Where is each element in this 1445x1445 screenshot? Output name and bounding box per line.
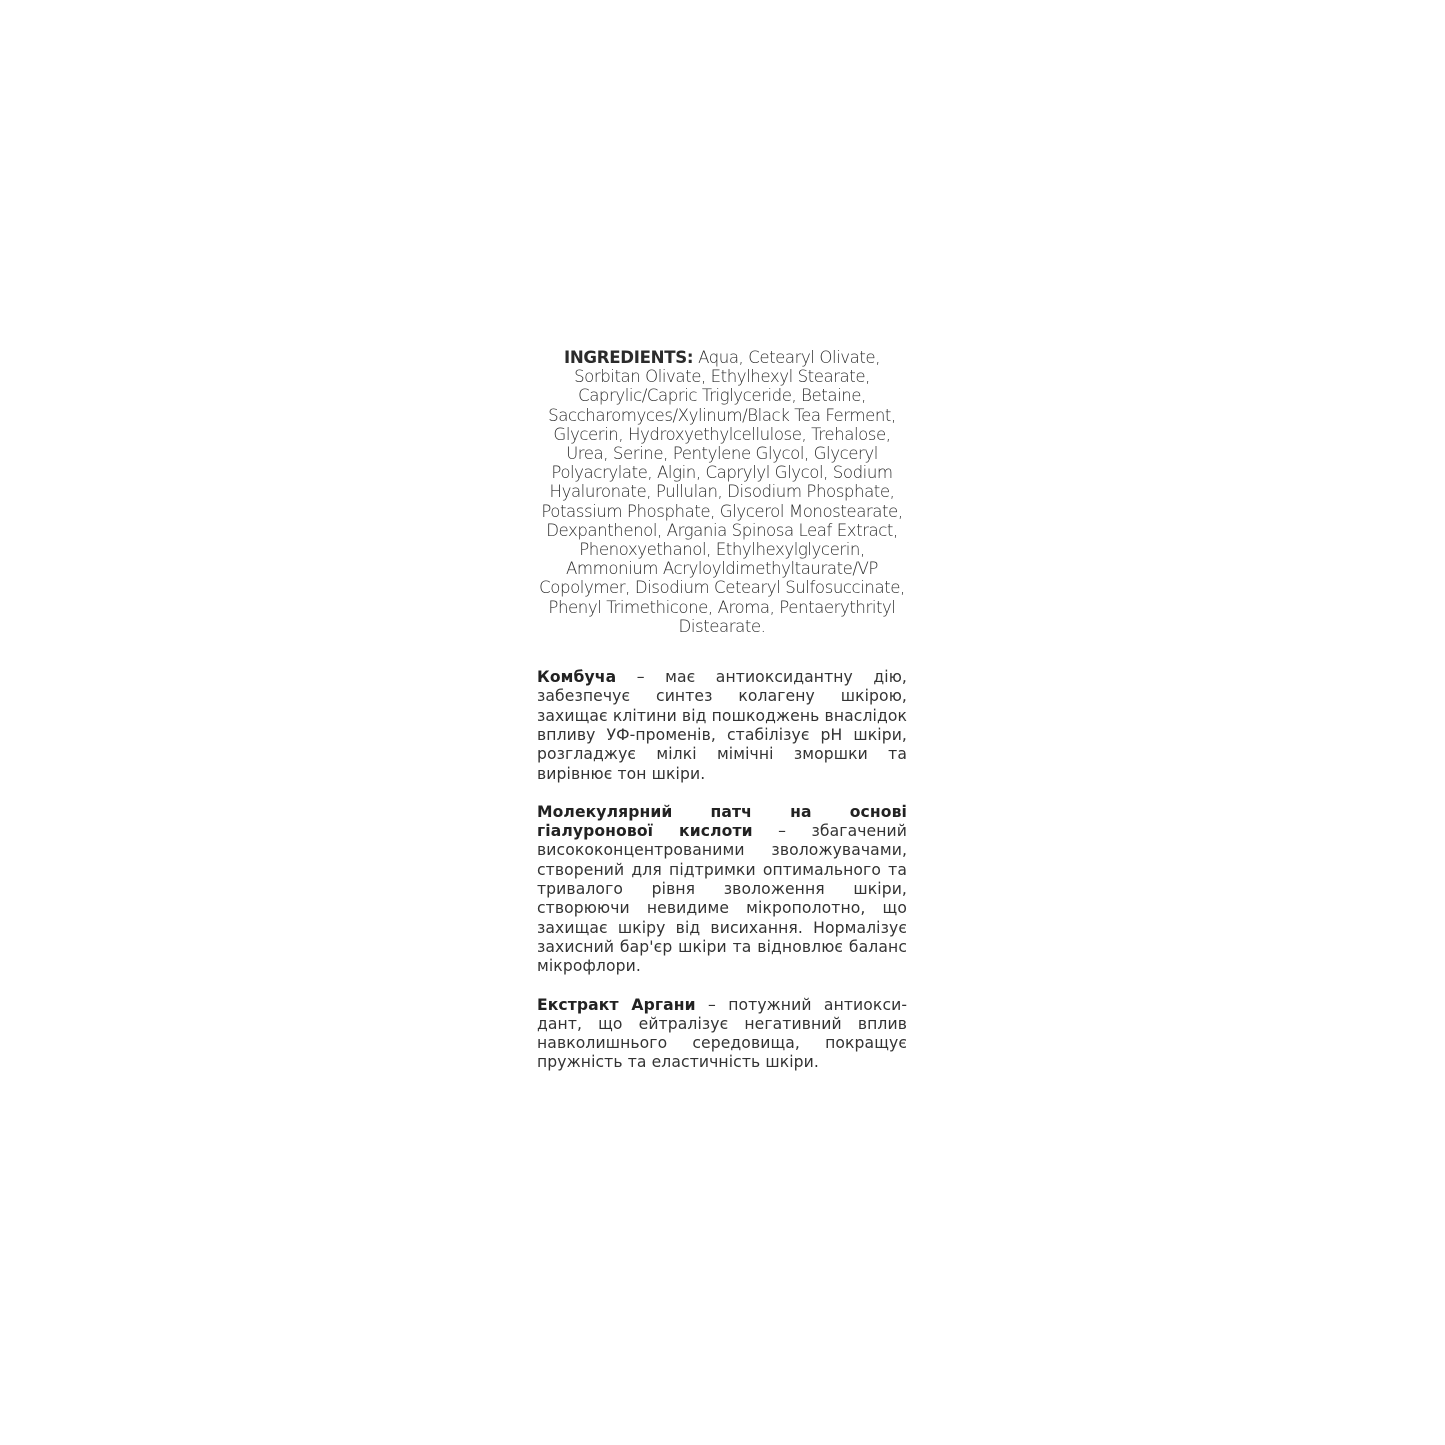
description-term: Екстракт Аргани <box>537 996 696 1014</box>
description-text: – збагачений висококонцентрованими зволо… <box>537 822 907 975</box>
description-argan-extract: Екстракт Аргани – потужний антиокси­дант… <box>537 996 907 1073</box>
description-term: Комбуча <box>537 668 616 686</box>
product-label-text: INGREDIENTS: Aqua, Cetearyl Olivate, Sor… <box>537 348 907 1073</box>
ingredients-text: Aqua, Cetearyl Olivate, Sorbitan Olivate… <box>539 348 905 636</box>
description-hyaluronic-patch: Молекулярний патч на основі гіалуронової… <box>537 803 907 977</box>
description-kombucha: Комбуча – має антиоксидантну дію, забезп… <box>537 668 907 784</box>
ingredients-title: INGREDIENTS: <box>564 348 693 367</box>
ingredients-list: INGREDIENTS: Aqua, Cetearyl Olivate, Sor… <box>537 348 907 636</box>
